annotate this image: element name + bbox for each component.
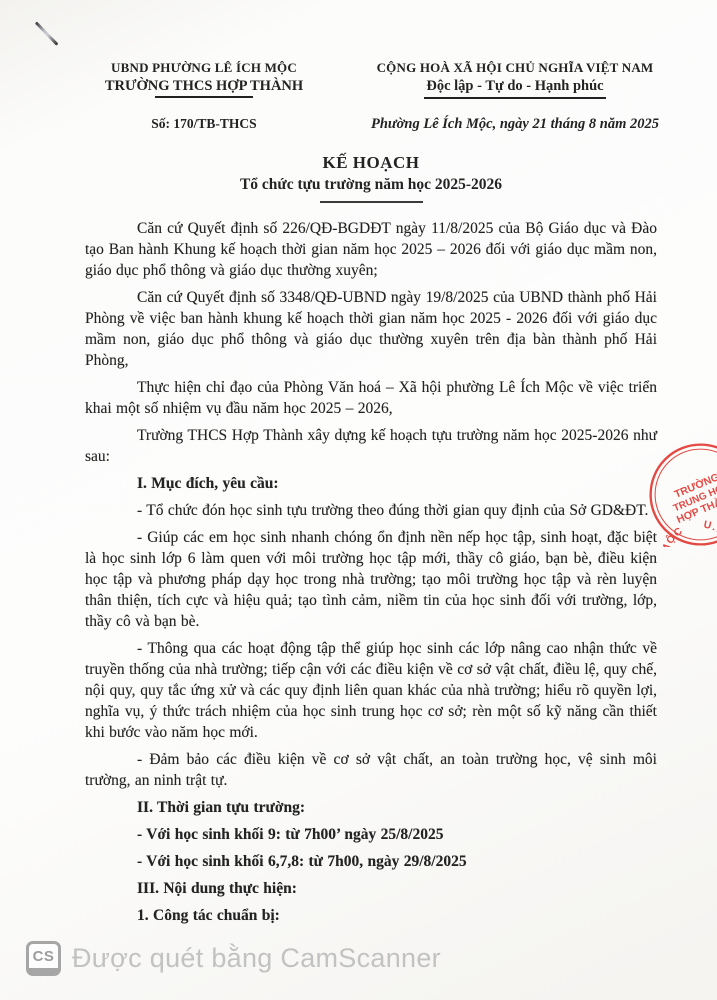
paragraph-legal-basis-1: Căn cứ Quyết định số 226/QĐ-BGDĐT ngày 1… [85, 218, 657, 281]
bullet-purpose-1: - Tổ chức đón học sinh tựu trường theo đ… [85, 500, 657, 521]
document-body: Căn cứ Quyết định số 226/QĐ-BGDĐT ngày 1… [85, 218, 657, 926]
school-stamp: U.B.N.D PHƯỜNG LÊ ÍCH MỘC TRƯỜNG TRUNG H… [648, 442, 717, 547]
bullet-purpose-2: - Giúp các em học sinh nhanh chóng ổn đị… [85, 527, 657, 632]
issuing-org-parent: UBND PHƯỜNG LÊ ÍCH MỘC [85, 60, 323, 76]
section-heading-purpose: I. Mục đích, yêu cầu: [85, 473, 657, 494]
paragraph-legal-basis-3: Thực hiện chỉ đạo của Phòng Văn hoá – Xã… [85, 377, 657, 419]
paragraph-intro: Trường THCS Hợp Thành xây dựng kế hoạch … [85, 425, 657, 467]
bullet-time-grades678: - Với học sinh khối 6,7,8: từ 7h00, ngày… [85, 851, 657, 872]
bullet-time-grade9: - Với học sinh khối 9: từ 7h00’ ngày 25/… [85, 824, 657, 845]
bullet-purpose-4: - Đảm bảo các điều kiện về cơ sở vật chấ… [85, 749, 657, 791]
document-page: UBND PHƯỜNG LÊ ÍCH MỘC TRƯỜNG THCS HỢP T… [0, 0, 717, 1000]
national-title: CỘNG HOÀ XÃ HỘI CHỦ NGHĨA VIỆT NAM [351, 60, 679, 76]
motto-underline [424, 97, 606, 99]
place-date-line: Phường Lê Ích Mộc, ngày 21 tháng 8 năm 2… [351, 116, 679, 133]
paragraph-legal-basis-2: Căn cứ Quyết định số 3348/QĐ-UBND ngày 1… [85, 287, 657, 371]
doc-number: Số: 170/TB-THCS [85, 116, 323, 132]
document-title: KẾ HOẠCH [85, 153, 657, 173]
bullet-purpose-3: - Thông qua các hoạt động tập thể giúp h… [85, 638, 657, 743]
scanned-document-page: { "header": { "left": { "line1": "UBND P… [0, 0, 717, 1000]
subsection-heading-preparation: 1. Công tác chuẩn bị: [85, 905, 657, 926]
document-header: UBND PHƯỜNG LÊ ÍCH MỘC TRƯỜNG THCS HỢP T… [85, 60, 679, 99]
national-motto: Độc lập - Tự do - Hạnh phúc [351, 78, 679, 95]
org-underline [155, 96, 253, 98]
section-heading-content: III. Nội dung thực hiện: [85, 878, 657, 899]
national-header-block: CỘNG HOÀ XÃ HỘI CHỦ NGHĨA VIỆT NAM Độc l… [351, 60, 679, 99]
issuing-org-name: TRƯỜNG THCS HỢP THÀNH [85, 78, 323, 95]
document-meta-row: Số: 170/TB-THCS Phường Lê Ích Mộc, ngày … [85, 116, 679, 133]
issuing-org-block: UBND PHƯỜNG LÊ ÍCH MỘC TRƯỜNG THCS HỢP T… [85, 60, 323, 99]
title-underline [320, 201, 423, 203]
document-title-block: KẾ HOẠCH Tổ chức tựu trường năm học 2025… [85, 153, 657, 203]
document-subtitle: Tổ chức tựu trường năm học 2025-2026 [85, 176, 657, 194]
section-heading-time: II. Thời gian tựu trường: [85, 797, 657, 818]
